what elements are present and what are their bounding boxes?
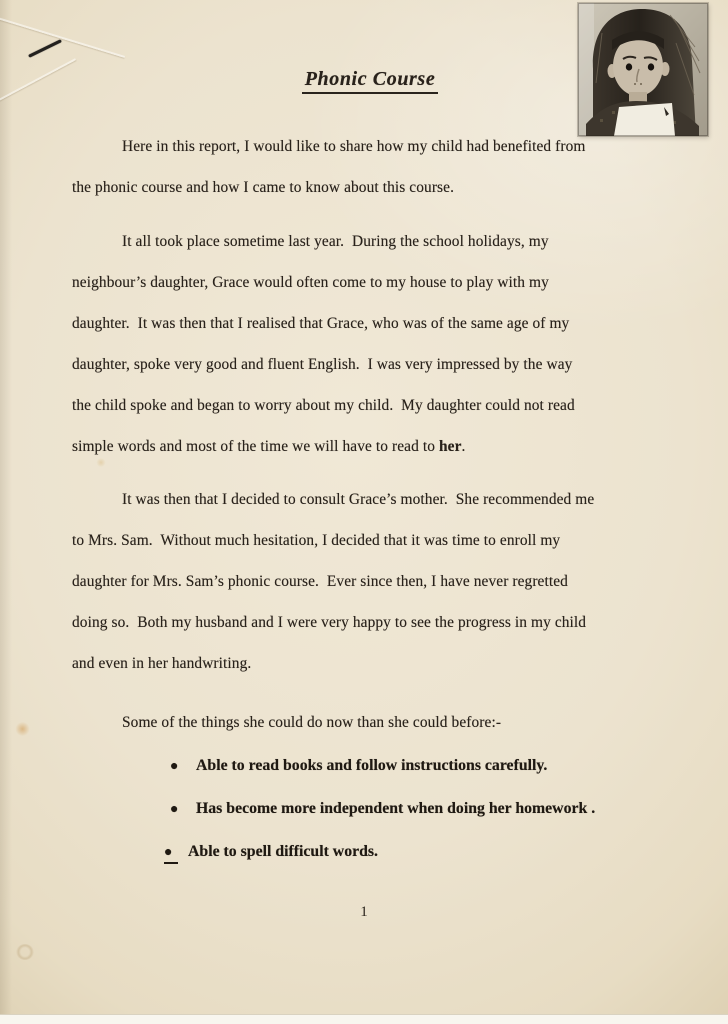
list-item: ● Able to read books and follow instruct… [72, 745, 672, 788]
title-row: Phonic Course [0, 68, 728, 94]
paper-crease [0, 12, 125, 58]
list-item: ● Has become more independent when doing… [72, 788, 672, 831]
paragraph-story-text: It all took place sometime last year. Du… [72, 233, 575, 455]
bullet-icon: ● [170, 746, 184, 788]
scan-edge-shadow [0, 0, 12, 1024]
list-item-text: Able to read books and follow instructio… [196, 745, 547, 787]
pen-slash-mark [28, 39, 62, 57]
scan-edge-bottom [0, 1014, 728, 1024]
bullet-icon: ● [170, 789, 184, 831]
sentence-period: . [462, 438, 466, 455]
page-title: Phonic Course [302, 68, 439, 94]
page-number: 1 [0, 899, 728, 925]
scanned-report-page: Phonic Course Here in this report, I wou… [0, 0, 728, 1024]
list-item: ● Able to spell difficult words. [72, 831, 672, 873]
emphasized-word: her [439, 438, 462, 455]
list-item-text: Able to spell difficult words. [188, 831, 378, 873]
paragraph-story: It all took place sometime last year. Du… [72, 221, 672, 467]
underlined-bullet-icon: ● [164, 844, 178, 864]
list-item-text: Has become more independent when doing h… [196, 788, 595, 830]
paper-stain [16, 944, 34, 960]
paragraph-decision: It was then that I decided to consult Gr… [72, 479, 672, 684]
list-intro-line: Some of the things she could do now than… [72, 702, 672, 743]
achievements-list: ● Able to read books and follow instruct… [72, 745, 672, 873]
paragraph-intro: Here in this report, I would like to sha… [72, 126, 672, 208]
paper-stain [15, 722, 30, 736]
